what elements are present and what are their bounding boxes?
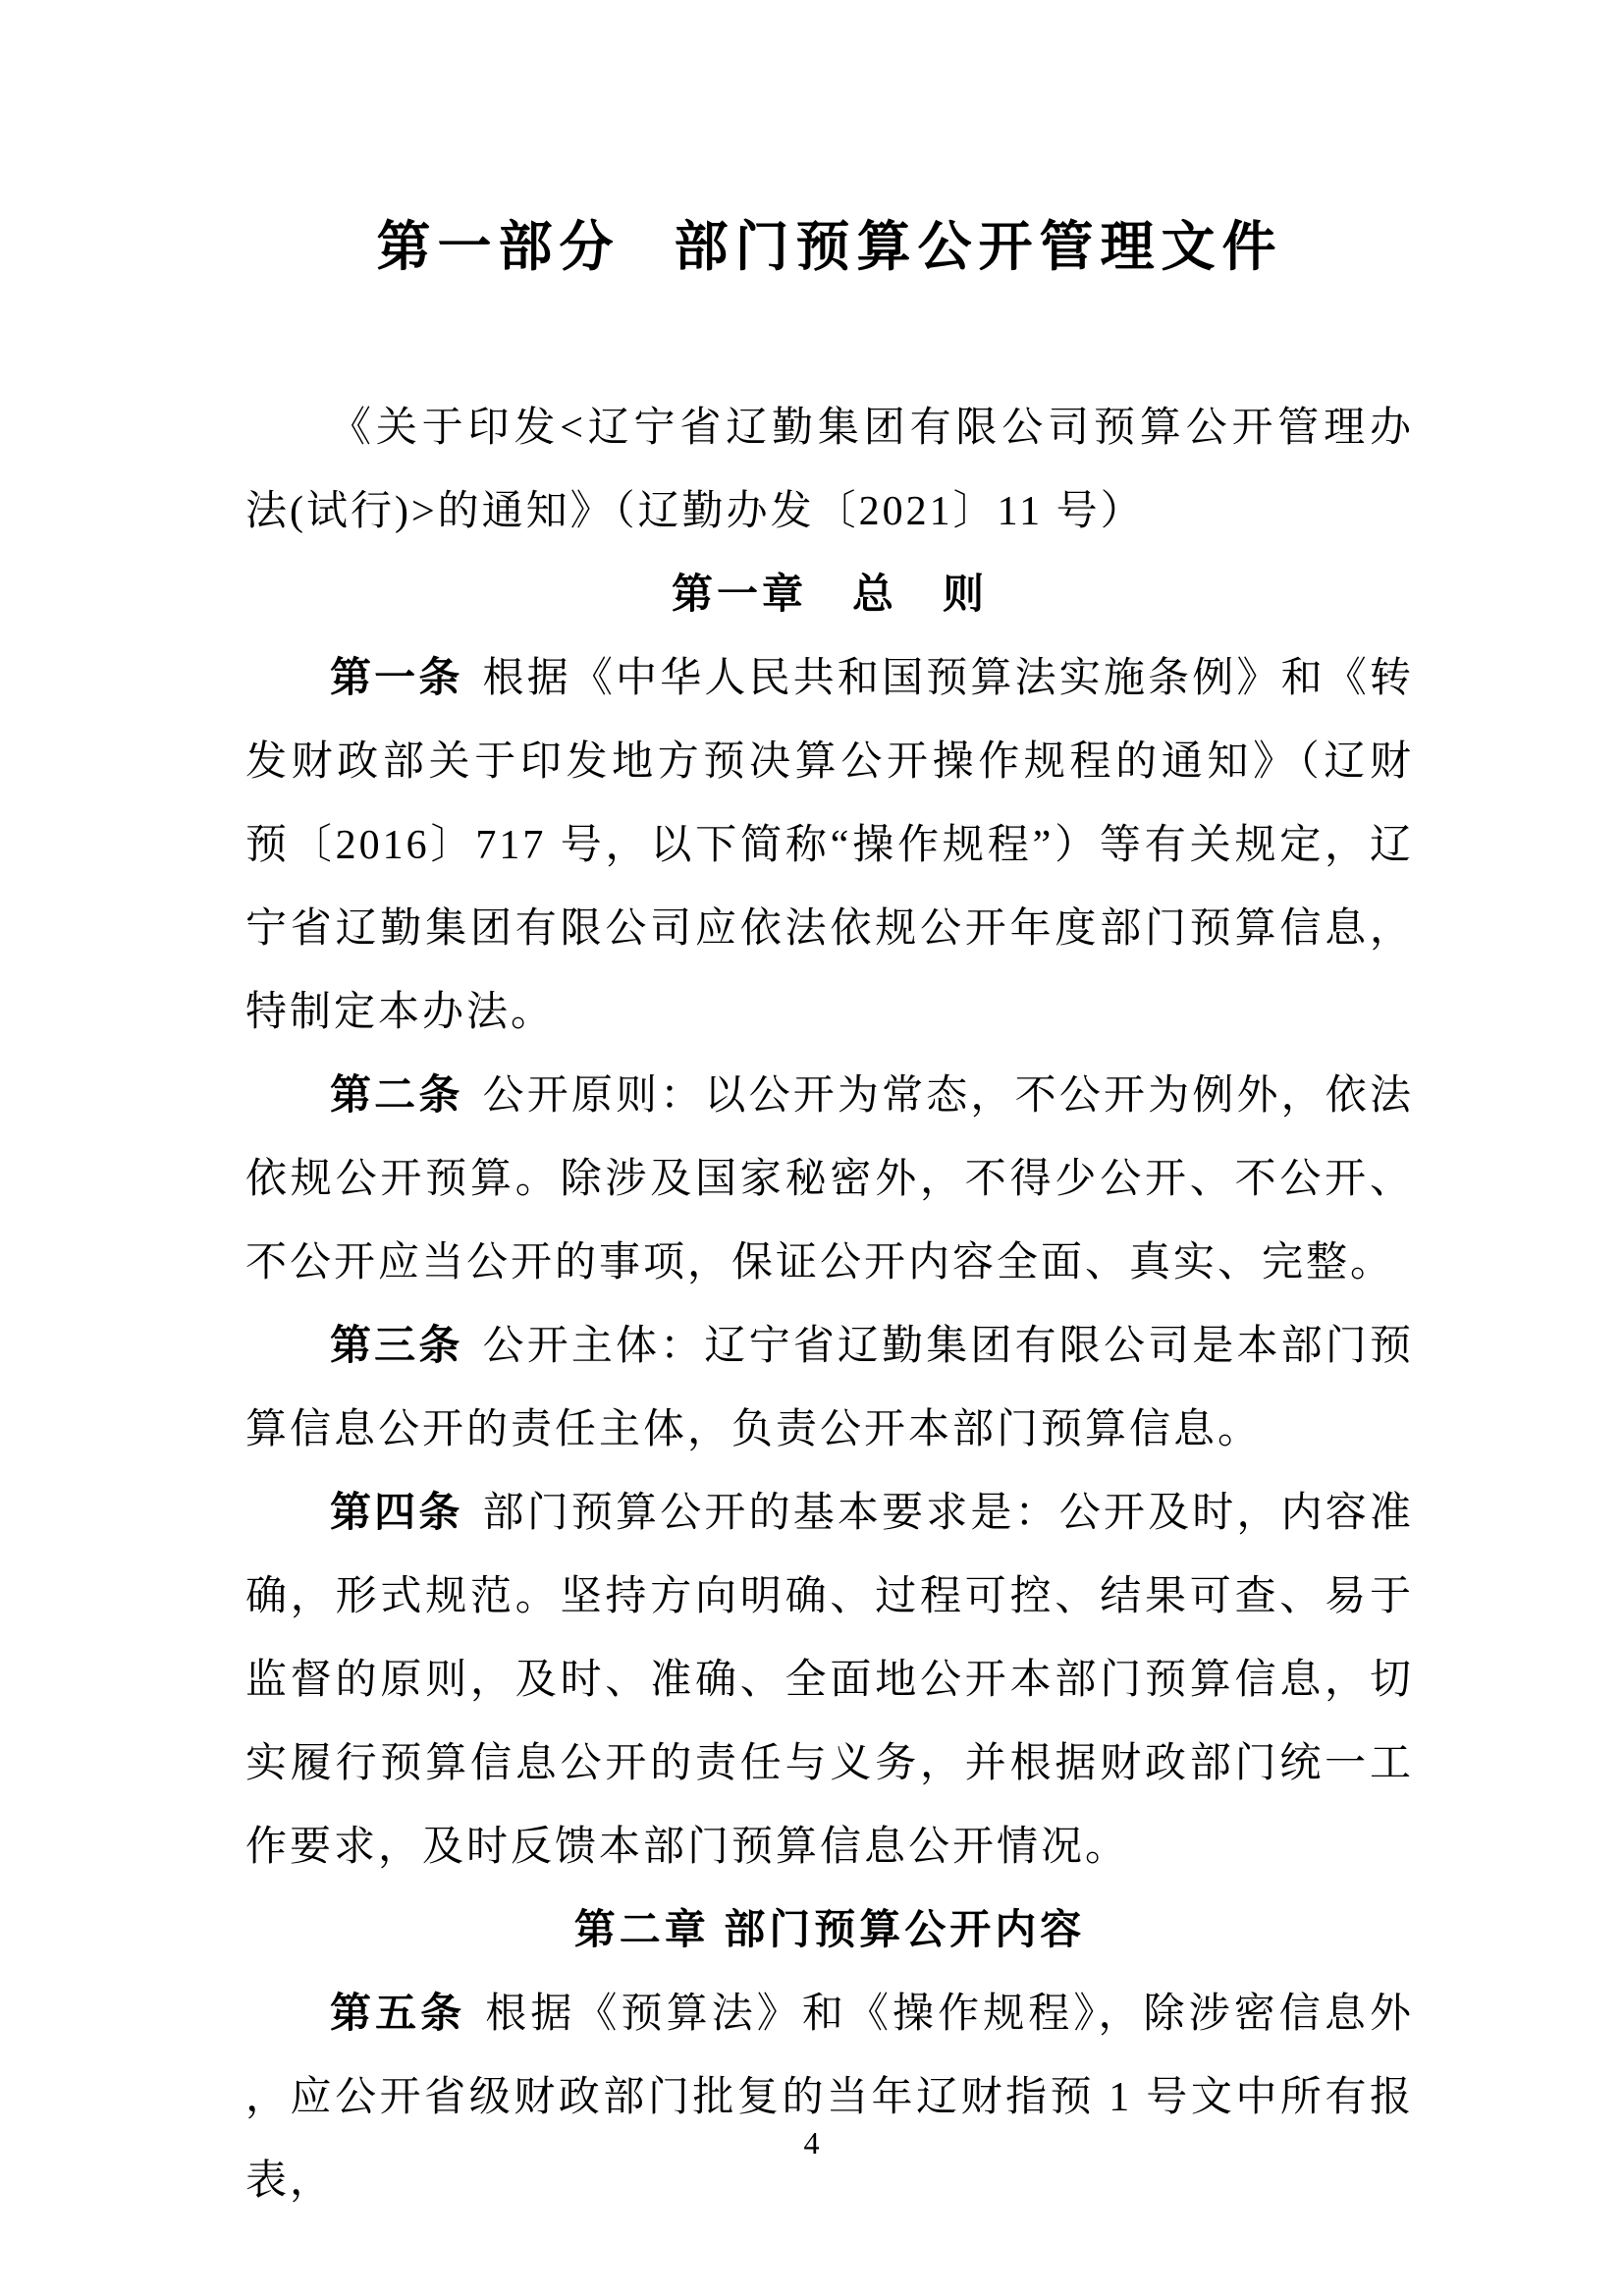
title-main-text: 部门预算公开管理文件 (675, 217, 1283, 277)
article-1-label: 第一条 (330, 656, 463, 701)
chapter-1-heading: 第一章 总 则 (245, 554, 1414, 637)
chapter-2-heading: 第二章 部门预算公开内容 (245, 1889, 1414, 1973)
notice-paragraph: 《关于印发<辽宁省辽勤集团有限公司预算公开管理办法(试行)>的通知》（辽勤办发〔… (245, 387, 1414, 554)
document-page: 第一部分部门预算公开管理文件 《关于印发<辽宁省辽勤集团有限公司预算公开管理办法… (0, 0, 1623, 2296)
title-part-label: 第一部分 (376, 217, 620, 277)
document-content: 第一部分部门预算公开管理文件 《关于印发<辽宁省辽勤集团有限公司预算公开管理办法… (245, 208, 1414, 2223)
article-2-paragraph: 第二条公开原则：以公开为常态，不公开为例外，依法依规公开预算。除涉及国家秘密外，… (245, 1055, 1414, 1305)
article-4-paragraph: 第四条部门预算公开的基本要求是：公开及时，内容准确，形式规范。坚持方向明确、过程… (245, 1472, 1414, 1889)
article-5-paragraph: 第五条根据《预算法》和《操作规程》，除涉密信息外，应公开省级财政部门批复的当年辽… (245, 1973, 1414, 2223)
page-number: 4 (0, 2123, 1623, 2162)
article-3-label: 第三条 (330, 1324, 463, 1369)
article-3-paragraph: 第三条公开主体：辽宁省辽勤集团有限公司是本部门预算信息公开的责任主体，负责公开本… (245, 1305, 1414, 1472)
article-2-label: 第二条 (330, 1073, 463, 1119)
article-4-label: 第四条 (330, 1491, 463, 1536)
article-1-paragraph: 第一条根据《中华人民共和国预算法实施条例》和《转发财政部关于印发地方预决算公开操… (245, 637, 1414, 1055)
page-title: 第一部分部门预算公开管理文件 (245, 208, 1414, 287)
article-5-label: 第五条 (330, 1992, 465, 2037)
article-1-text: 根据《中华人民共和国预算法实施条例》和《转发财政部关于印发地方预决算公开操作规程… (245, 656, 1414, 1035)
article-4-text: 部门预算公开的基本要求是：公开及时，内容准确，形式规范。坚持方向明确、过程可控、… (245, 1491, 1414, 1870)
